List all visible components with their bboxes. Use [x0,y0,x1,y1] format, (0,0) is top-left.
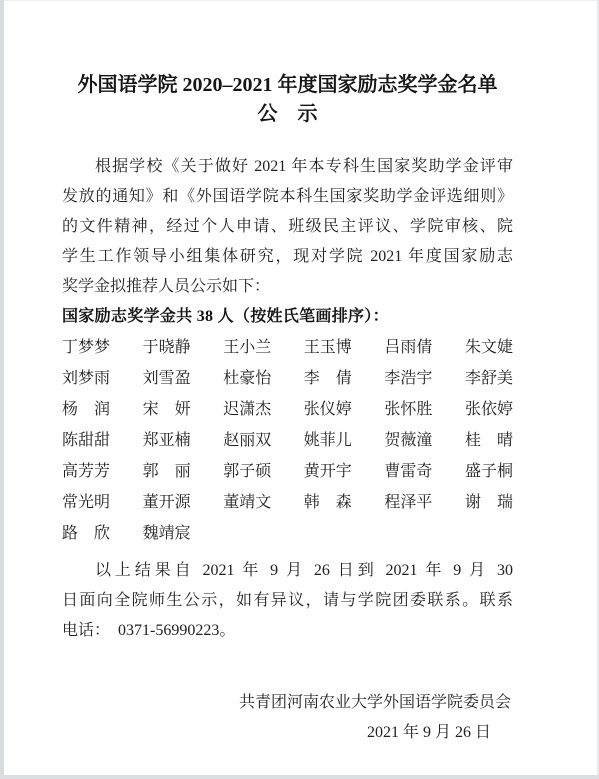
intro-line: 根据学校《关于做好 2021 年本专科生国家奖助学金评审 [62,152,513,182]
scholar-name: 杨 润 [62,394,110,425]
closing-line: 日面向全院师生公示，如有异议，请与学院团委联系。联系 [62,586,513,616]
page-edge-bottom [0,775,599,779]
page-edge-left [0,0,4,779]
scholar-name: 赵丽双 [223,425,271,456]
scholar-name: 高芳芳 [62,456,110,487]
scholar-name: 贺薇潼 [384,425,432,456]
scholar-name: 李浩宇 [384,363,432,394]
list-heading: 国家励志奖学金共 38 人（按姓氏笔画排序）： [62,302,513,332]
scholar-name: 丁梦梦 [62,332,110,363]
scholar-name: 于晓静 [143,332,191,363]
intro-line: 学生工作领导小组集体研究，现对学院 2021 年度国家励志 [62,242,513,272]
intro-line: 发放的通知》和《外国语学院本科生国家奖助学金评选细则》 [62,182,513,212]
closing-paragraph: 以上结果自 2021 年 9 月 26 日到 2021 年 9 月 30 日面向… [62,556,513,646]
scholar-name: 杜豪怡 [223,363,271,394]
closing-line: 电话： 0371-56990223。 [62,616,513,646]
scholar-name: 路 欣 [62,518,110,549]
title-line-2: 公 示 [62,100,513,129]
scholar-name: 刘雪盈 [143,363,191,394]
scholar-name: 朱文婕 [465,332,513,363]
scholar-name: 吕雨倩 [384,332,432,363]
scholar-name: 谢 瑞 [465,487,513,518]
title-line-1: 外国语学院 2020–2021 年度国家励志奖学金名单 [62,71,513,100]
page-title: 外国语学院 2020–2021 年度国家励志奖学金名单 公 示 [62,71,513,129]
date-line: 2021 年 9 月 26 日 [62,718,513,748]
names-grid: 丁梦梦于晓静王小兰王玉博吕雨倩朱文婕刘梦雨刘雪盈杜豪怡李 倩李浩宇李舒美杨 润宋… [62,332,513,549]
scholar-name: 郑亚楠 [143,425,191,456]
scholar-name: 姚菲儿 [304,425,352,456]
scholar-name: 李 倩 [304,363,352,394]
scholar-name: 李舒美 [465,363,513,394]
scholar-name: 黄开宇 [304,456,352,487]
scholar-name: 盛子桐 [465,456,513,487]
scholar-name: 迟潇杰 [223,394,271,425]
scholar-name: 王小兰 [223,332,271,363]
scholar-name: 王玉博 [304,332,352,363]
scholar-name: 郭 丽 [143,456,191,487]
scholar-name: 曹雷奇 [384,456,432,487]
signature-line: 共青团河南农业大学外国语学院委员会 [62,688,513,718]
scholar-name: 常光明 [62,487,110,518]
scholar-name: 郭子硕 [223,456,271,487]
scholar-name: 韩 森 [304,487,352,518]
intro-line: 的文件精神，经过个人申请、班级民主评议、学院审核、院 [62,212,513,242]
scholar-name: 董开源 [143,487,191,518]
scholar-name: 张依婷 [465,394,513,425]
intro-line: 奖学金拟推荐人员公示如下： [62,272,513,302]
scholar-name: 宋 妍 [143,394,191,425]
scholar-name: 桂 晴 [465,425,513,456]
scholar-name: 张怀胜 [384,394,432,425]
closing-line: 以上结果自 2021 年 9 月 26 日到 2021 年 9 月 30 [62,556,513,586]
scholar-name: 张仪婷 [304,394,352,425]
scholar-name: 魏靖宸 [143,518,191,549]
document-page: 外国语学院 2020–2021 年度国家励志奖学金名单 公 示 根据学校《关于做… [62,0,513,748]
scholar-name: 刘梦雨 [62,363,110,394]
intro-paragraph: 根据学校《关于做好 2021 年本专科生国家奖助学金评审 发放的通知》和《外国语… [62,152,513,302]
scholar-name: 董靖文 [223,487,271,518]
scholar-name: 程泽平 [384,487,432,518]
scholar-name: 陈甜甜 [62,425,110,456]
